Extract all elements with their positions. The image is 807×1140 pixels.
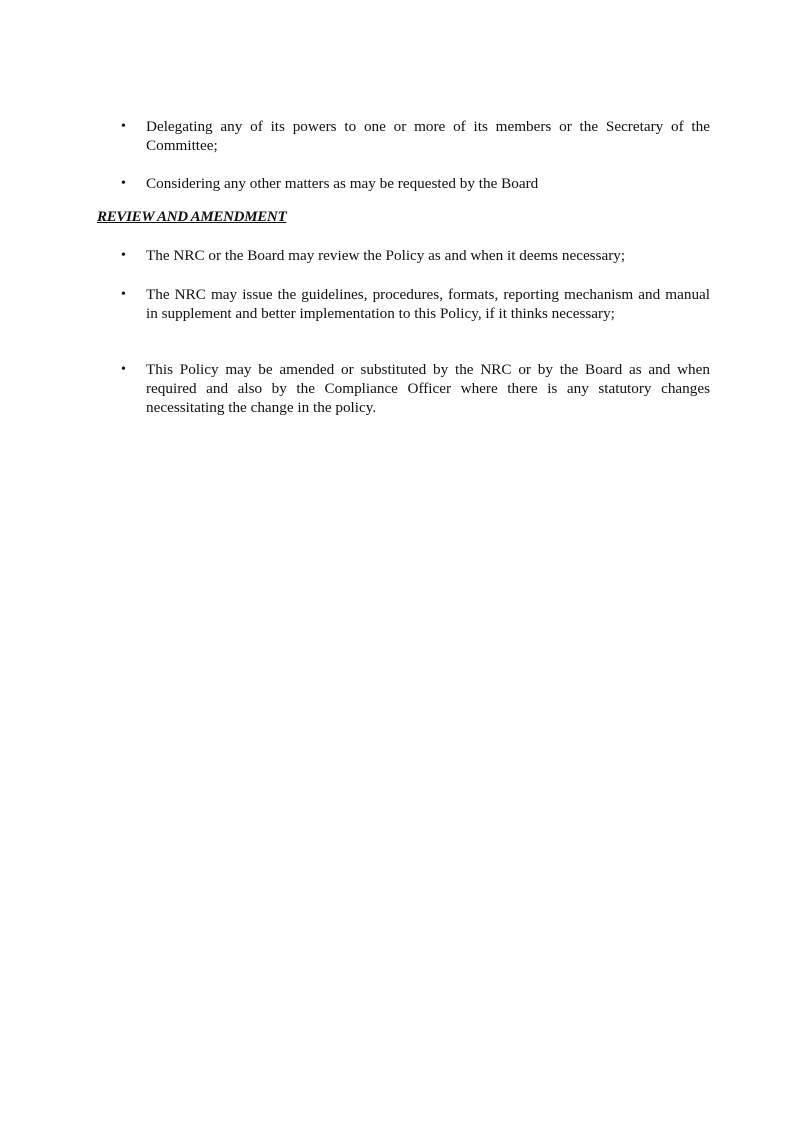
- document-page: • Delegating any of its powers to one or…: [0, 0, 807, 1140]
- list-item: • Delegating any of its powers to one or…: [146, 117, 710, 155]
- bullet-icon: •: [121, 285, 126, 304]
- list-item-text: The NRC or the Board may review the Poli…: [146, 247, 625, 264]
- list-item-text: The NRC may issue the guidelines, proced…: [146, 286, 710, 322]
- bullet-icon: •: [121, 360, 126, 379]
- list-item-text: This Policy may be amended or substitute…: [146, 361, 710, 416]
- list-item: • The NRC or the Board may review the Po…: [146, 246, 710, 265]
- section-heading: REVIEW AND AMENDMENT: [97, 209, 286, 226]
- list-item-text: Considering any other matters as may be …: [146, 175, 538, 192]
- list-item: • Considering any other matters as may b…: [146, 174, 710, 193]
- bullet-icon: •: [121, 174, 126, 193]
- list-item-text: Delegating any of its powers to one or m…: [146, 118, 710, 154]
- bullet-icon: •: [121, 246, 126, 265]
- bullet-icon: •: [121, 117, 126, 136]
- list-item: • This Policy may be amended or substitu…: [146, 360, 710, 417]
- list-item: • The NRC may issue the guidelines, proc…: [146, 285, 710, 323]
